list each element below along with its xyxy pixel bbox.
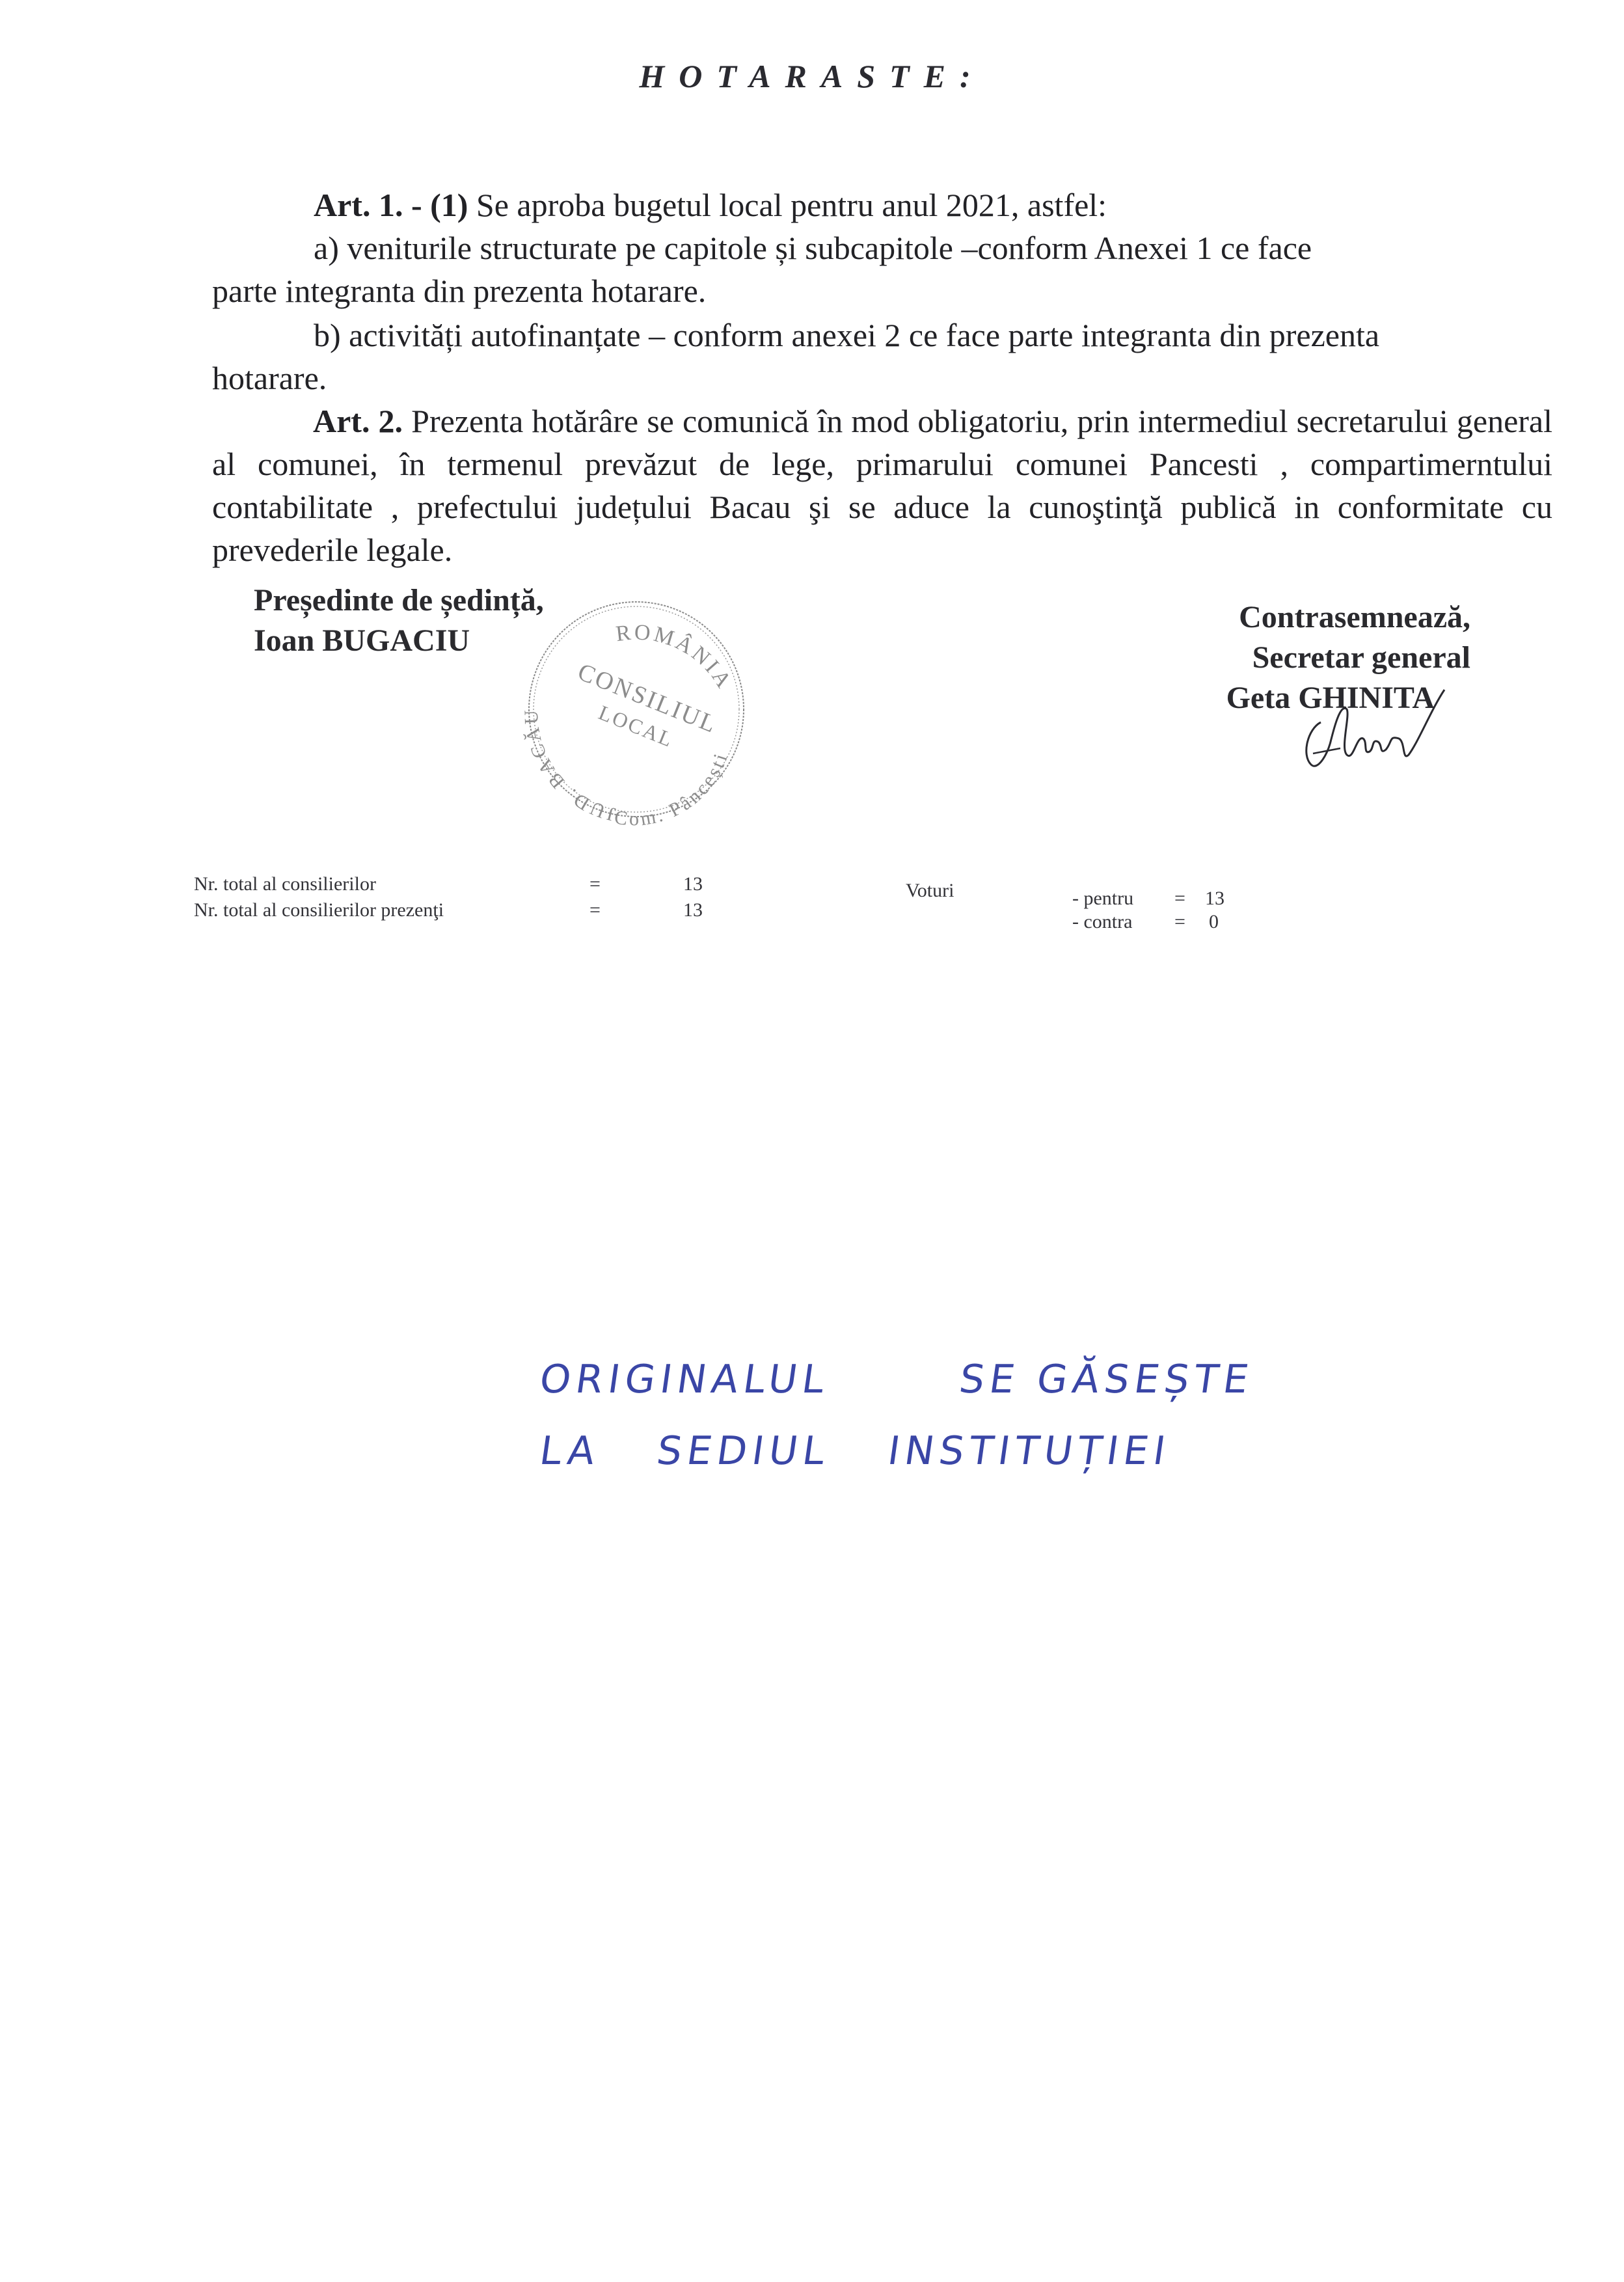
handwritten-note-at: LA (537, 1428, 603, 1474)
article-2-text: Prezenta hotărâre se comunică în mod obl… (212, 403, 1552, 568)
president-title: Președinte de ședință, (254, 580, 544, 621)
votes-for-eq: = (1174, 888, 1185, 910)
article-1-item-b: b) activități autofinanțate – conform an… (314, 314, 1556, 357)
votes-label: Voturi (906, 880, 954, 902)
handwritten-note-institution: INSTITUȚIEI (885, 1428, 1173, 1474)
article-1-item-a: a) veniturile structurate pe capitole și… (314, 226, 1556, 269)
countersign-title: Contrasemnează, (1165, 597, 1470, 638)
president-name: Ioan BUGACIU (254, 621, 544, 661)
article-1-intro: Art. 1. - (1) Se aproba bugetul local pe… (314, 183, 1107, 226)
president-signature-block: Președinte de ședință, Ioan BUGACIU (254, 580, 544, 661)
article-1-item-b-cont: hotarare. (212, 357, 327, 400)
article-1-item-a-cont: parte integranta din prezenta hotarare. (212, 269, 706, 312)
handwritten-note-headquarters: SEDIUL (654, 1428, 833, 1474)
votes-against-value: 0 (1209, 911, 1219, 933)
votes-against-eq: = (1174, 911, 1185, 933)
article-1-intro-text: Se aproba bugetul local pentru anul 2021… (468, 187, 1107, 223)
votes-against-label: - contra (1072, 911, 1132, 933)
official-stamp: ROMÂNIA JUD. BACĂU Com. Pâncești CONSILI… (516, 586, 757, 833)
total-councillors-label: Nr. total al consilierilor (194, 873, 376, 895)
article-2: Art. 2. Prezenta hotărâre se comunică în… (212, 400, 1552, 571)
total-councillors-eq: = (589, 873, 601, 895)
handwritten-note-original: ORIGINALUL (537, 1357, 832, 1402)
present-councillors-eq: = (589, 899, 601, 921)
handwritten-signature (1295, 677, 1451, 781)
article-1-label: Art. 1. - (1) (314, 187, 468, 223)
votes-for-value: 13 (1205, 888, 1225, 910)
svg-text:Com. Pâncești: Com. Pâncești (613, 749, 732, 830)
article-2-label: Art. 2. (313, 403, 403, 439)
total-councillors-value: 13 (683, 873, 703, 895)
secretary-role: Secretar general (1165, 638, 1470, 678)
present-councillors-label: Nr. total al consilierilor prezenţi (194, 899, 444, 921)
handwritten-note-found: SE GĂSEȘTE (956, 1357, 1256, 1402)
votes-for-label: - pentru (1072, 888, 1133, 910)
decision-heading: HOTARASTE: (0, 57, 1624, 95)
present-councillors-value: 13 (683, 899, 703, 921)
